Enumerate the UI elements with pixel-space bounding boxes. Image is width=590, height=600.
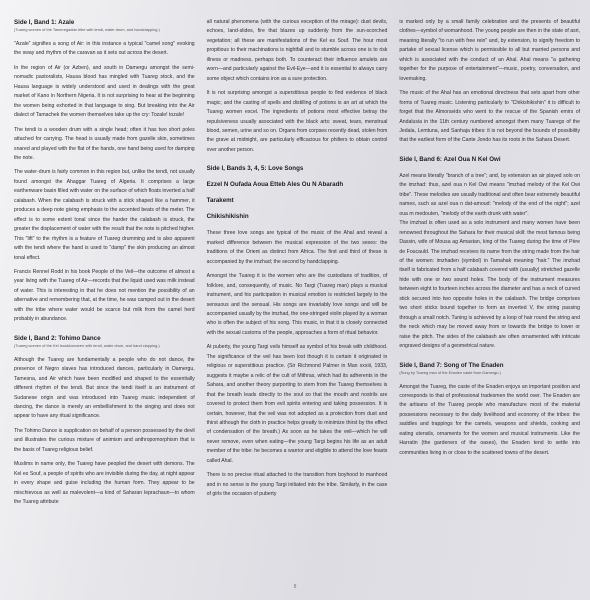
column-3: is marked only by a small family celebra… xyxy=(399,18,580,588)
paragraph: The water-drum is fairly common in this … xyxy=(14,168,195,263)
paragraph: Amongst the Tuareg it is the women who a… xyxy=(207,272,388,338)
paragraph: The imzhad is often used as a solo instr… xyxy=(399,219,580,351)
paragraph: is marked only by a small family celebra… xyxy=(399,18,580,84)
paragraph: The Tohimo Dance is supplication on beha… xyxy=(14,427,195,455)
column-2: all natural phenomena (with the curious … xyxy=(207,18,388,588)
section-heading-tohimo-dance: Side I, Band 2: Tohimo Dance xyxy=(14,334,195,343)
section-subtitle-tohimo-dance: (Tuareg women of the Kel Isoukkomaren wi… xyxy=(14,343,195,349)
paragraph: Francis Rennel Rodd in his book People o… xyxy=(14,268,195,325)
column-1: Side I, Band 1: Azale (Tuareg women of t… xyxy=(14,18,195,588)
paragraph: The tendi is a wooden drum with a single… xyxy=(14,126,195,164)
paragraph: It is not surprising amongst a superstit… xyxy=(207,89,388,155)
section-subtitle-azale: (Tuareg women of the Tameregadda tribe w… xyxy=(14,27,195,33)
paragraph: Muslims in name only, the Tuareg have pe… xyxy=(14,460,195,507)
section-heading-love-songs: Side I, Bands 3, 4, 5: Love Songs xyxy=(207,164,388,173)
paragraph: all natural phenomena (with the curious … xyxy=(207,18,388,84)
paragraph: Amongst the Tuareg, the caste of the Ena… xyxy=(399,383,580,459)
section-heading-enaden: Side I, Band 7: Song of The Enaden xyxy=(399,361,580,370)
paragraph: These three love songs are typical of th… xyxy=(207,229,388,267)
song-title: Tarakemt xyxy=(207,196,388,205)
paragraph: Azel means literally "branch of a tree";… xyxy=(399,172,580,219)
page-number: 8 xyxy=(0,584,590,590)
paragraph: "Azale" signifies a song of Air: in this… xyxy=(14,40,195,59)
document-page: Side I, Band 1: Azale (Tuareg women of t… xyxy=(14,18,580,588)
paragraph: The music of the Ahal has an emotional d… xyxy=(399,89,580,146)
section-heading-azale: Side I, Band 1: Azale xyxy=(14,18,195,27)
song-title: Chikishikishin xyxy=(207,212,388,221)
paragraph: There is no precise ritual attached to t… xyxy=(207,471,388,499)
paragraph: Although the Tuareg are fundamentally a … xyxy=(14,356,195,422)
paragraph: In the region of Air (or Azben), and sou… xyxy=(14,64,195,121)
song-title: Ezzel N Oufada Aoua Etteb Ales Ou N Abar… xyxy=(207,180,388,189)
section-heading-azel-oua: Side I, Band 6: Azel Oua N Kel Owi xyxy=(399,155,580,164)
section-subtitle-enaden: (Sung by Tuareg man of the Enaden caste … xyxy=(399,370,580,376)
paragraph: At puberty, the young Targi veils himsel… xyxy=(207,343,388,466)
